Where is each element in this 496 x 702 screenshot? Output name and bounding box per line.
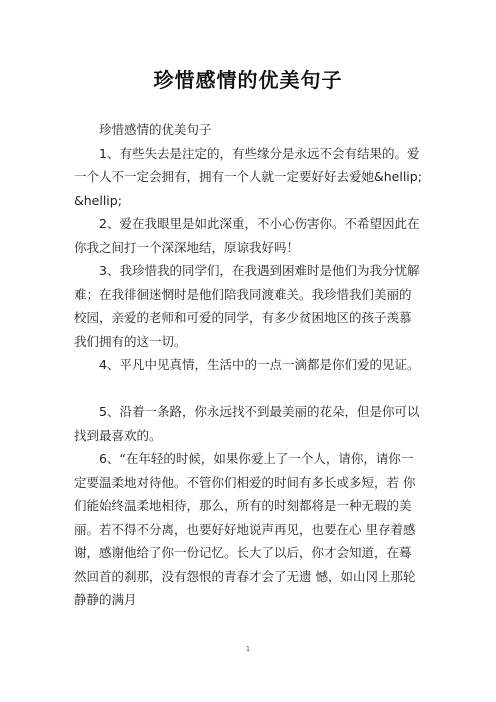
paragraph-4: 4、平凡中见真情，生活中的一点一滴都是你们爱的见证。 xyxy=(74,353,422,377)
paragraph-5: 5、沿着一条路，你永远找不到最美丽的花朵，但是你可以找到最喜欢的。 xyxy=(74,400,422,447)
paragraph-subtitle: 珍惜感情的优美句子 xyxy=(74,118,422,142)
document-title: 珍惜感情的优美句子 xyxy=(0,64,496,93)
document-body: 珍惜感情的优美句子 1、有些失去是注定的，有些缘分是永远不会有结果的。爱一个人不… xyxy=(74,118,422,612)
paragraph-6: 6、“在年轻的时候，如果你爱上了一个人，请你，请你一定要温柔地对待他。不管你们相… xyxy=(74,447,422,612)
paragraph-1: 1、有些失去是注定的，有些缘分是永远不会有结果的。爱一个人不一定会拥有，拥有一个… xyxy=(74,142,422,213)
paragraph-3: 3、我珍惜我的同学们，在我遇到困难时是他们为我分忧解难；在我徘徊迷惘时是他们陪我… xyxy=(74,259,422,353)
document-page: 珍惜感情的优美句子 珍惜感情的优美句子 1、有些失去是注定的，有些缘分是永远不会… xyxy=(0,0,496,702)
page-number: 1 xyxy=(0,645,496,653)
paragraph-2: 2、爱在我眼里是如此深重，不小心伤害你。不希望因此在你我之间打一个深深地结，原谅… xyxy=(74,212,422,259)
